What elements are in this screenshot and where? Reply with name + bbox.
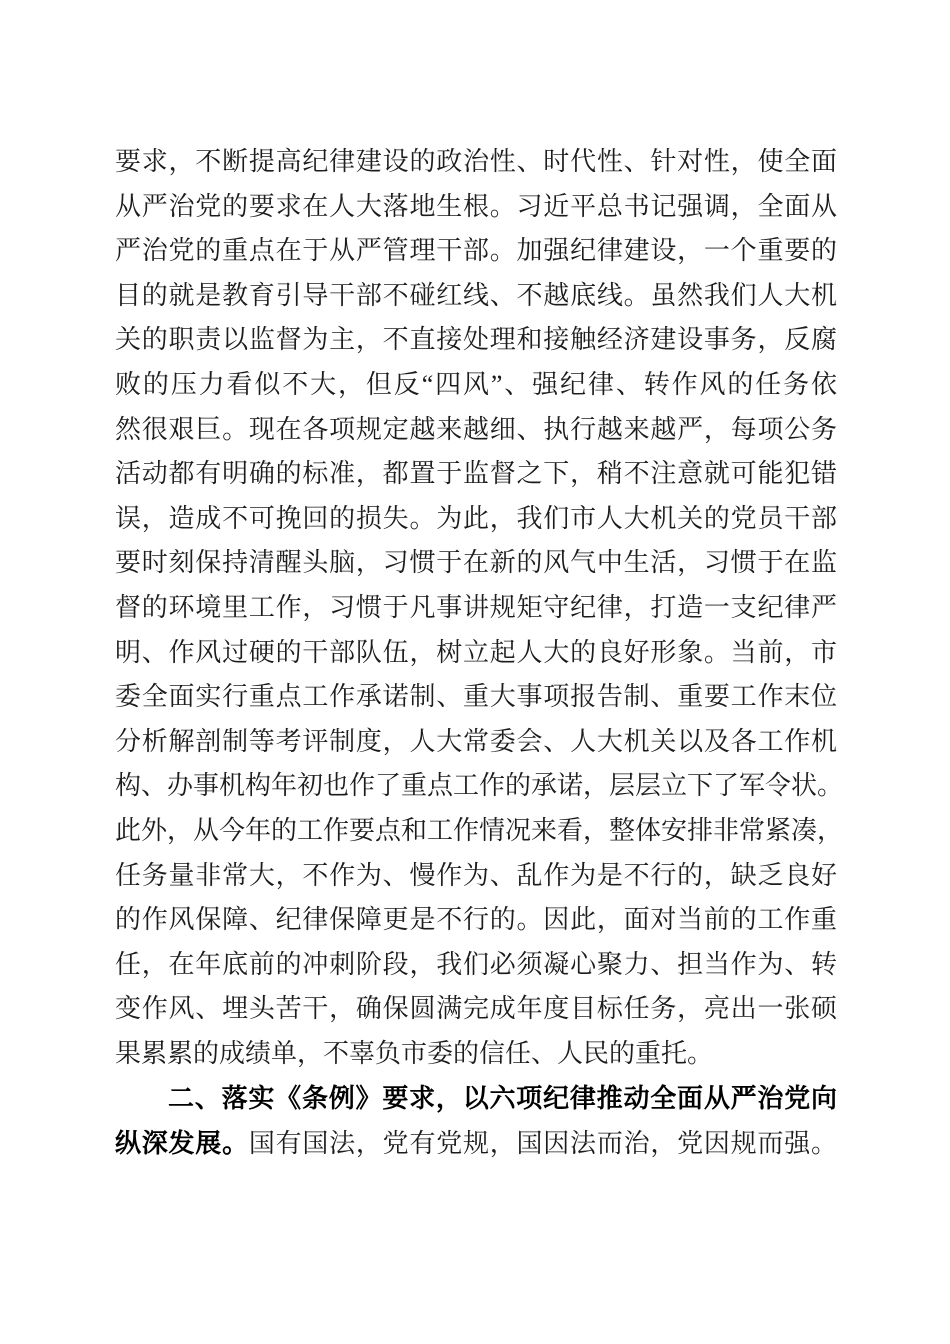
text-line-p1-13: 委全面实行重点工作承诺制、重大事项报告制、重要工作末位 [115, 675, 837, 720]
text-segment: 任，在年底前的冲刺阶段，我们必须凝心聚力、担当作为、转 [115, 950, 837, 979]
text-segment: 败的压力看似不大，但反“四风”、强纪律、转作风的任务依 [115, 370, 837, 399]
text-segment: 委全面实行重点工作承诺制、重大事项报告制、重要工作末位 [115, 682, 837, 711]
text-line-p1-3: 严治党的重点在于从严管理干部。加强纪律建设，一个重要的 [115, 229, 837, 274]
text-segment: 要求，不断提高纪律建设的政治性、时代性、针对性，使全面 [115, 147, 837, 176]
text-segment: 此外，从今年的工作要点和工作情况来看，整体安排非常紧凑， [115, 816, 843, 845]
bold-text-segment: 二、落实《条例》要求，以六项纪律推动全面从严治党向 [168, 1083, 837, 1113]
text-segment: 分析解剖制等考评制度，人大常委会、人大机关以及各工作机 [115, 727, 837, 756]
text-line-p1-8: 活动都有明确的标准，都置于监督之下，稍不注意就可能犯错 [115, 452, 837, 497]
text-line-p2-1: 二、落实《条例》要求，以六项纪律推动全面从严治党向 [115, 1076, 837, 1121]
text-line-p1-18: 的作风保障、纪律保障更是不行的。因此，面对当前的工作重 [115, 898, 837, 943]
text-segment: 督的环境里工作，习惯于凡事讲规矩守纪律，打造一支纪律严 [115, 593, 837, 622]
text-line-p1-9: 误，造成不可挽回的损失。为此，我们市人大机关的党员干部 [115, 497, 837, 542]
text-segment: 国有国法，党有党规，国因法而治，党因规而强。 [249, 1129, 837, 1158]
text-line-p1-7: 然很艰巨。现在各项规定越来越细、执行越来越严，每项公务 [115, 408, 837, 453]
bold-text-segment: 纵深发展。 [115, 1128, 249, 1158]
text-segment: 关的职责以监督为主，不直接处理和接触经济建设事务，反腐 [115, 325, 837, 354]
text-segment: 从严治党的要求在人大落地生根。习近平总书记强调，全面从 [115, 192, 837, 221]
text-line-p1-11: 督的环境里工作，习惯于凡事讲规矩守纪律，打造一支纪律严 [115, 586, 837, 631]
text-line-p1-15: 构、办事机构年初也作了重点工作的承诺，层层立下了军令状。 [115, 764, 837, 809]
text-segment: 严治党的重点在于从严管理干部。加强纪律建设，一个重要的 [115, 236, 837, 265]
text-line-p1-5: 关的职责以监督为主，不直接处理和接触经济建设事务，反腐 [115, 318, 837, 363]
text-line-p1-17: 任务量非常大，不作为、慢作为、乱作为是不行的，缺乏良好 [115, 854, 837, 899]
text-segment: 变作风、埋头苦干，确保圆满完成年度目标任务，亮出一张硕 [115, 994, 837, 1023]
text-line-p1-4: 目的就是教育引导干部不碰红线、不越底线。虽然我们人大机 [115, 274, 837, 319]
text-line-p1-20: 变作风、埋头苦干，确保圆满完成年度目标任务，亮出一张硕 [115, 987, 837, 1032]
text-line-p1-10: 要时刻保持清醒头脑，习惯于在新的风气中生活，习惯于在监 [115, 541, 837, 586]
text-segment: 任务量非常大，不作为、慢作为、乱作为是不行的，缺乏良好 [115, 861, 837, 890]
text-line-p1-14: 分析解剖制等考评制度，人大常委会、人大机关以及各工作机 [115, 720, 837, 765]
text-line-p1-12: 明、作风过硬的干部队伍，树立起人大的良好形象。当前，市 [115, 631, 837, 676]
text-segment: 活动都有明确的标准，都置于监督之下，稍不注意就可能犯错 [115, 459, 837, 488]
text-line-p1-2: 从严治党的要求在人大落地生根。习近平总书记强调，全面从 [115, 185, 837, 230]
text-line-p1-6: 败的压力看似不大，但反“四风”、强纪律、转作风的任务依 [115, 363, 837, 408]
text-segment: 要时刻保持清醒头脑，习惯于在新的风气中生活，习惯于在监 [115, 548, 837, 577]
document-page: 要求，不断提高纪律建设的政治性、时代性、针对性，使全面从严治党的要求在人大落地生… [0, 0, 950, 1344]
text-line-p1-16: 此外，从今年的工作要点和工作情况来看，整体安排非常紧凑， [115, 809, 837, 854]
text-segment: 的作风保障、纪律保障更是不行的。因此，面对当前的工作重 [115, 905, 837, 934]
text-segment: 构、办事机构年初也作了重点工作的承诺，层层立下了军令状。 [115, 771, 843, 800]
text-line-p2-2: 纵深发展。国有国法，党有党规，国因法而治，党因规而强。 [115, 1121, 837, 1166]
text-segment: 误，造成不可挽回的损失。为此，我们市人大机关的党员干部 [115, 504, 837, 533]
text-line-p1-21: 果累累的成绩单，不辜负市委的信任、人民的重托。 [115, 1032, 837, 1077]
text-segment: 目的就是教育引导干部不碰红线、不越底线。虽然我们人大机 [115, 281, 837, 310]
text-line-p1-19: 任，在年底前的冲刺阶段，我们必须凝心聚力、担当作为、转 [115, 943, 837, 988]
text-segment: 然很艰巨。现在各项规定越来越细、执行越来越严，每项公务 [115, 415, 837, 444]
text-segment: 果累累的成绩单，不辜负市委的信任、人民的重托。 [115, 1039, 713, 1068]
text-segment: 明、作风过硬的干部队伍，树立起人大的良好形象。当前，市 [115, 638, 837, 667]
document-text-body: 要求，不断提高纪律建设的政治性、时代性、针对性，使全面从严治党的要求在人大落地生… [115, 140, 837, 1166]
text-line-p1-1: 要求，不断提高纪律建设的政治性、时代性、针对性，使全面 [115, 140, 837, 185]
